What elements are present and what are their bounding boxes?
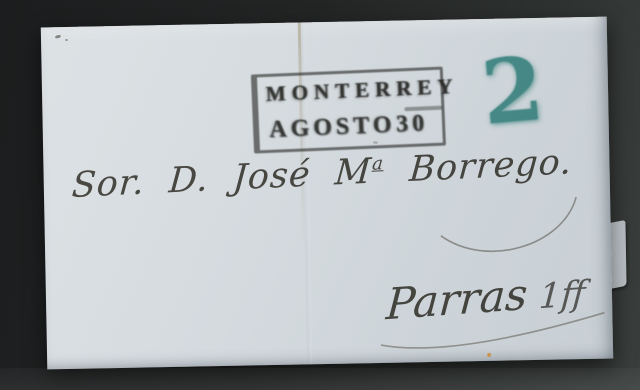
paper-speck bbox=[65, 39, 68, 41]
postmark-day: 30 bbox=[396, 110, 429, 138]
postmark-month: AGOSTO bbox=[269, 112, 396, 144]
paper-speck bbox=[55, 34, 62, 39]
folded-letter-sheet: MONTERREY AGOSTO 30 2 Sor. D. José Ma Bo… bbox=[41, 17, 613, 370]
signature-loop-flourish bbox=[430, 191, 582, 274]
underline-flourish bbox=[376, 307, 609, 355]
postmark-city: MONTERREY bbox=[265, 75, 433, 107]
address-surname: Borrego. bbox=[384, 142, 574, 191]
cover-photo-backdrop: MONTERREY AGOSTO 30 2 Sor. D. José Ma Bo… bbox=[0, 0, 640, 390]
address-prefix: Sor. D. José M bbox=[70, 152, 373, 206]
postmark-date: AGOSTO 30 bbox=[267, 110, 435, 150]
rate-handstamp-2: 2 bbox=[478, 44, 547, 137]
postmark-ink-smudge bbox=[404, 106, 442, 112]
address-superscript-a: a bbox=[371, 153, 384, 175]
postmark-box: MONTERREY AGOSTO 30 bbox=[251, 67, 446, 154]
paper-speck-orange bbox=[487, 353, 491, 357]
